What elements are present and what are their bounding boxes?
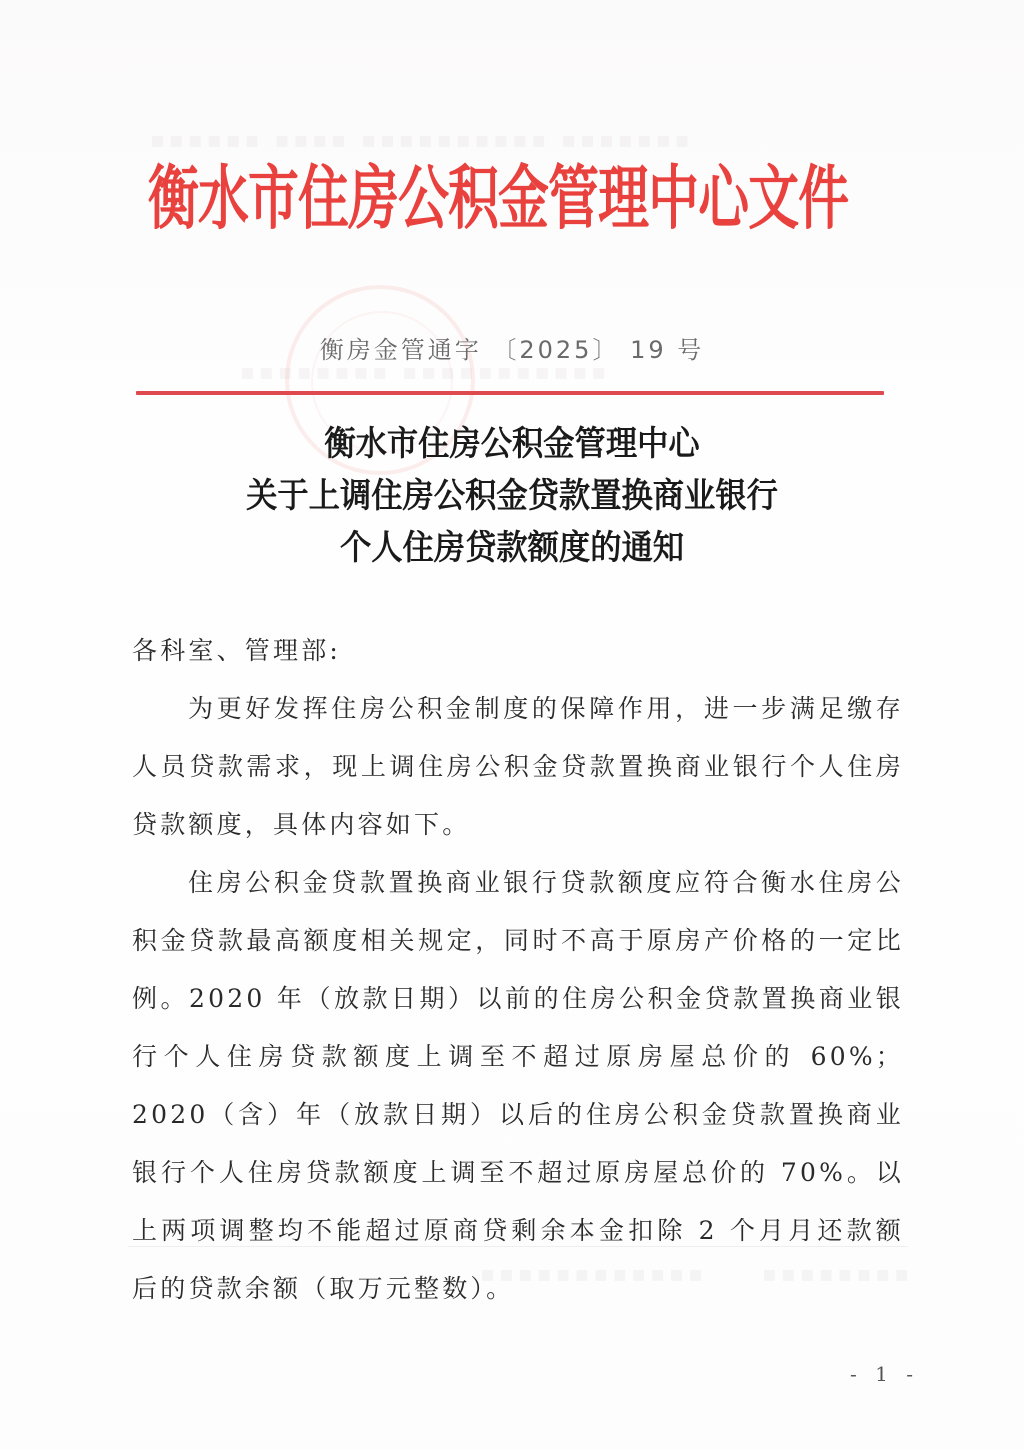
page-number: - 1 - (850, 1362, 919, 1386)
notice-title-line-2: 关于上调住房公积金贷款置换商业银行 (41, 470, 983, 522)
notice-title-line-3: 个人住房贷款额度的通知 (41, 522, 983, 574)
doc-number-bracket-open: 〔 (492, 330, 519, 365)
doc-number-prefix: 衡房金管通字 (320, 330, 482, 365)
document-header-title: 衡水市住房公积金管理中心文件 (148, 148, 747, 249)
body-paragraph-2: 住房公积金贷款置换商业银行贷款额度应符合衡水住房公积金贷款最高额度相关规定，同时… (132, 854, 904, 1318)
doc-number-value: 19 (630, 336, 667, 364)
doc-number-suffix: 号 (677, 330, 704, 365)
document-body: 各科室、管理部: 为更好发挥住房公积金制度的保障作用，进一步满足缴存人员贷款需求… (132, 622, 904, 1318)
document-page: ▪▪▪▪▪▪ ▪▪▪▪ ▪▪▪▪▪▪▪▪▪▪ ▪▪▪▪▪▪▪ ▪▪▪▪▪▪▪▪ … (0, 0, 1024, 1449)
document-number: 衡房金管通字 〔2025〕 19 号 (0, 330, 1024, 365)
notice-title: 衡水市住房公积金管理中心 关于上调住房公积金贷款置换商业银行 个人住房贷款额度的… (0, 418, 1024, 574)
doc-number-year: 2025 (519, 336, 592, 364)
salutation: 各科室、管理部: (132, 622, 904, 680)
body-paragraph-1: 为更好发挥住房公积金制度的保障作用，进一步满足缴存人员贷款需求，现上调住房公积金… (132, 680, 904, 854)
notice-title-line-1: 衡水市住房公积金管理中心 (41, 418, 983, 470)
doc-number-bracket-close: 〕 (592, 330, 619, 365)
red-separator-rule (136, 391, 884, 395)
